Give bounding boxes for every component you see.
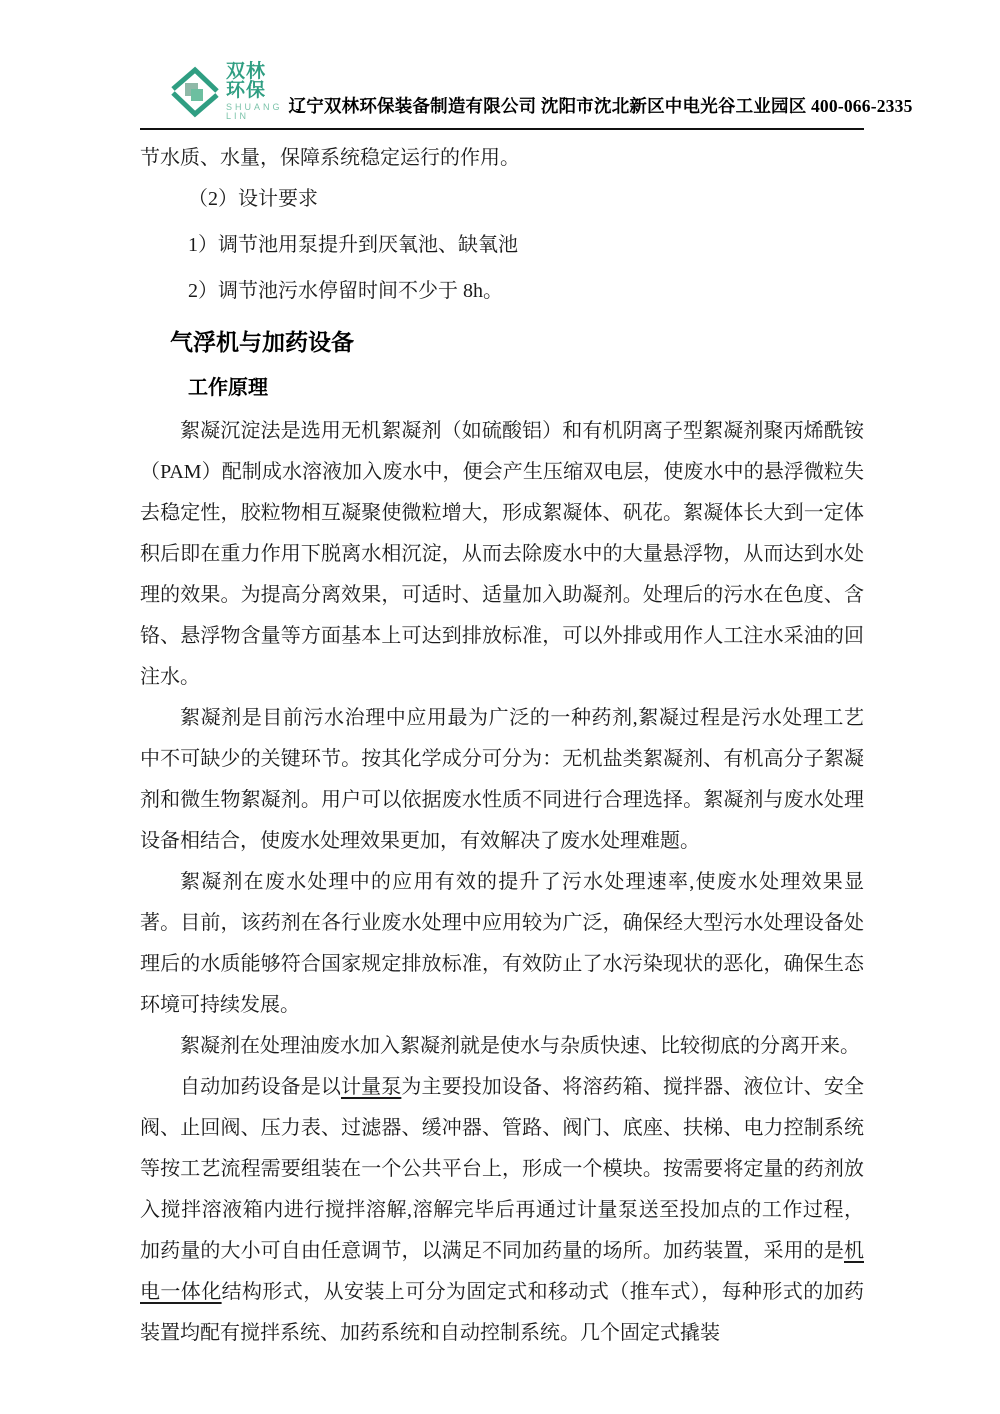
paragraph-5-segment: 结构形式，从安装上可分为固定式和移动式（推车式），每种形式的加药装置均配有搅拌系… xyxy=(140,1281,864,1344)
logo-text-en: SHUANG LIN xyxy=(226,103,283,121)
paragraph-5: 自动加药设备是以计量泵为主要投加设备、将溶药箱、搅拌器、液位计、安全阀、止回阀、… xyxy=(140,1067,864,1354)
logo-text-cn: 双林环保 xyxy=(226,62,283,100)
paragraph-5-segment: 为主要投加设备、将溶药箱、搅拌器、液位计、安全阀、止回阀、压力表、过滤器、缓冲器… xyxy=(140,1076,864,1262)
page-header: 双林环保 SHUANG LIN 辽宁双林环保装备制造有限公司 沈阳市沈北新区中电… xyxy=(140,0,864,130)
subsection-heading: 工作原理 xyxy=(188,374,864,402)
paragraph-5-segment: 自动加药设备是以 xyxy=(180,1076,341,1098)
company-info-line: 辽宁双林环保装备制造有限公司 沈阳市沈北新区中电光谷工业园区 400-066-2… xyxy=(289,93,913,118)
paragraph-4: 絮凝剂在处理油废水加入絮凝剂就是使水与杂质快速、比较彻底的分离开来。 xyxy=(140,1026,864,1067)
design-requirement-item: （2）设计要求 xyxy=(140,179,864,220)
logo-diamond-icon xyxy=(168,66,222,118)
document-page: 双林环保 SHUANG LIN 辽宁双林环保装备制造有限公司 沈阳市沈北新区中电… xyxy=(0,0,1000,1414)
paragraph-2: 絮凝剂是目前污水治理中应用最为广泛的一种药剂,絮凝过程是污水处理工艺中不可缺少的… xyxy=(140,698,864,862)
section-heading: 气浮机与加药设备 xyxy=(170,326,864,358)
underlined-term-metering-pump: 计量泵 xyxy=(341,1076,401,1098)
list-item-2: 2）调节池污水停留时间不少于 8h。 xyxy=(140,271,864,312)
carryover-line: 节水质、水量，保障系统稳定运行的作用。 xyxy=(140,138,864,179)
paragraph-3: 絮凝剂在废水处理中的应用有效的提升了污水处理速率,使废水处理效果显著。目前，该药… xyxy=(140,862,864,1026)
company-logo: 双林环保 SHUANG LIN xyxy=(168,62,283,121)
document-body: 节水质、水量，保障系统稳定运行的作用。 （2）设计要求 1）调节池用泵提升到厌氧… xyxy=(140,130,864,1354)
paragraph-1: 絮凝沉淀法是选用无机絮凝剂（如硫酸铝）和有机阴离子型絮凝剂聚丙烯酰铵（PAM）配… xyxy=(140,411,864,698)
list-item-1: 1）调节池用泵提升到厌氧池、缺氧池 xyxy=(140,225,864,266)
